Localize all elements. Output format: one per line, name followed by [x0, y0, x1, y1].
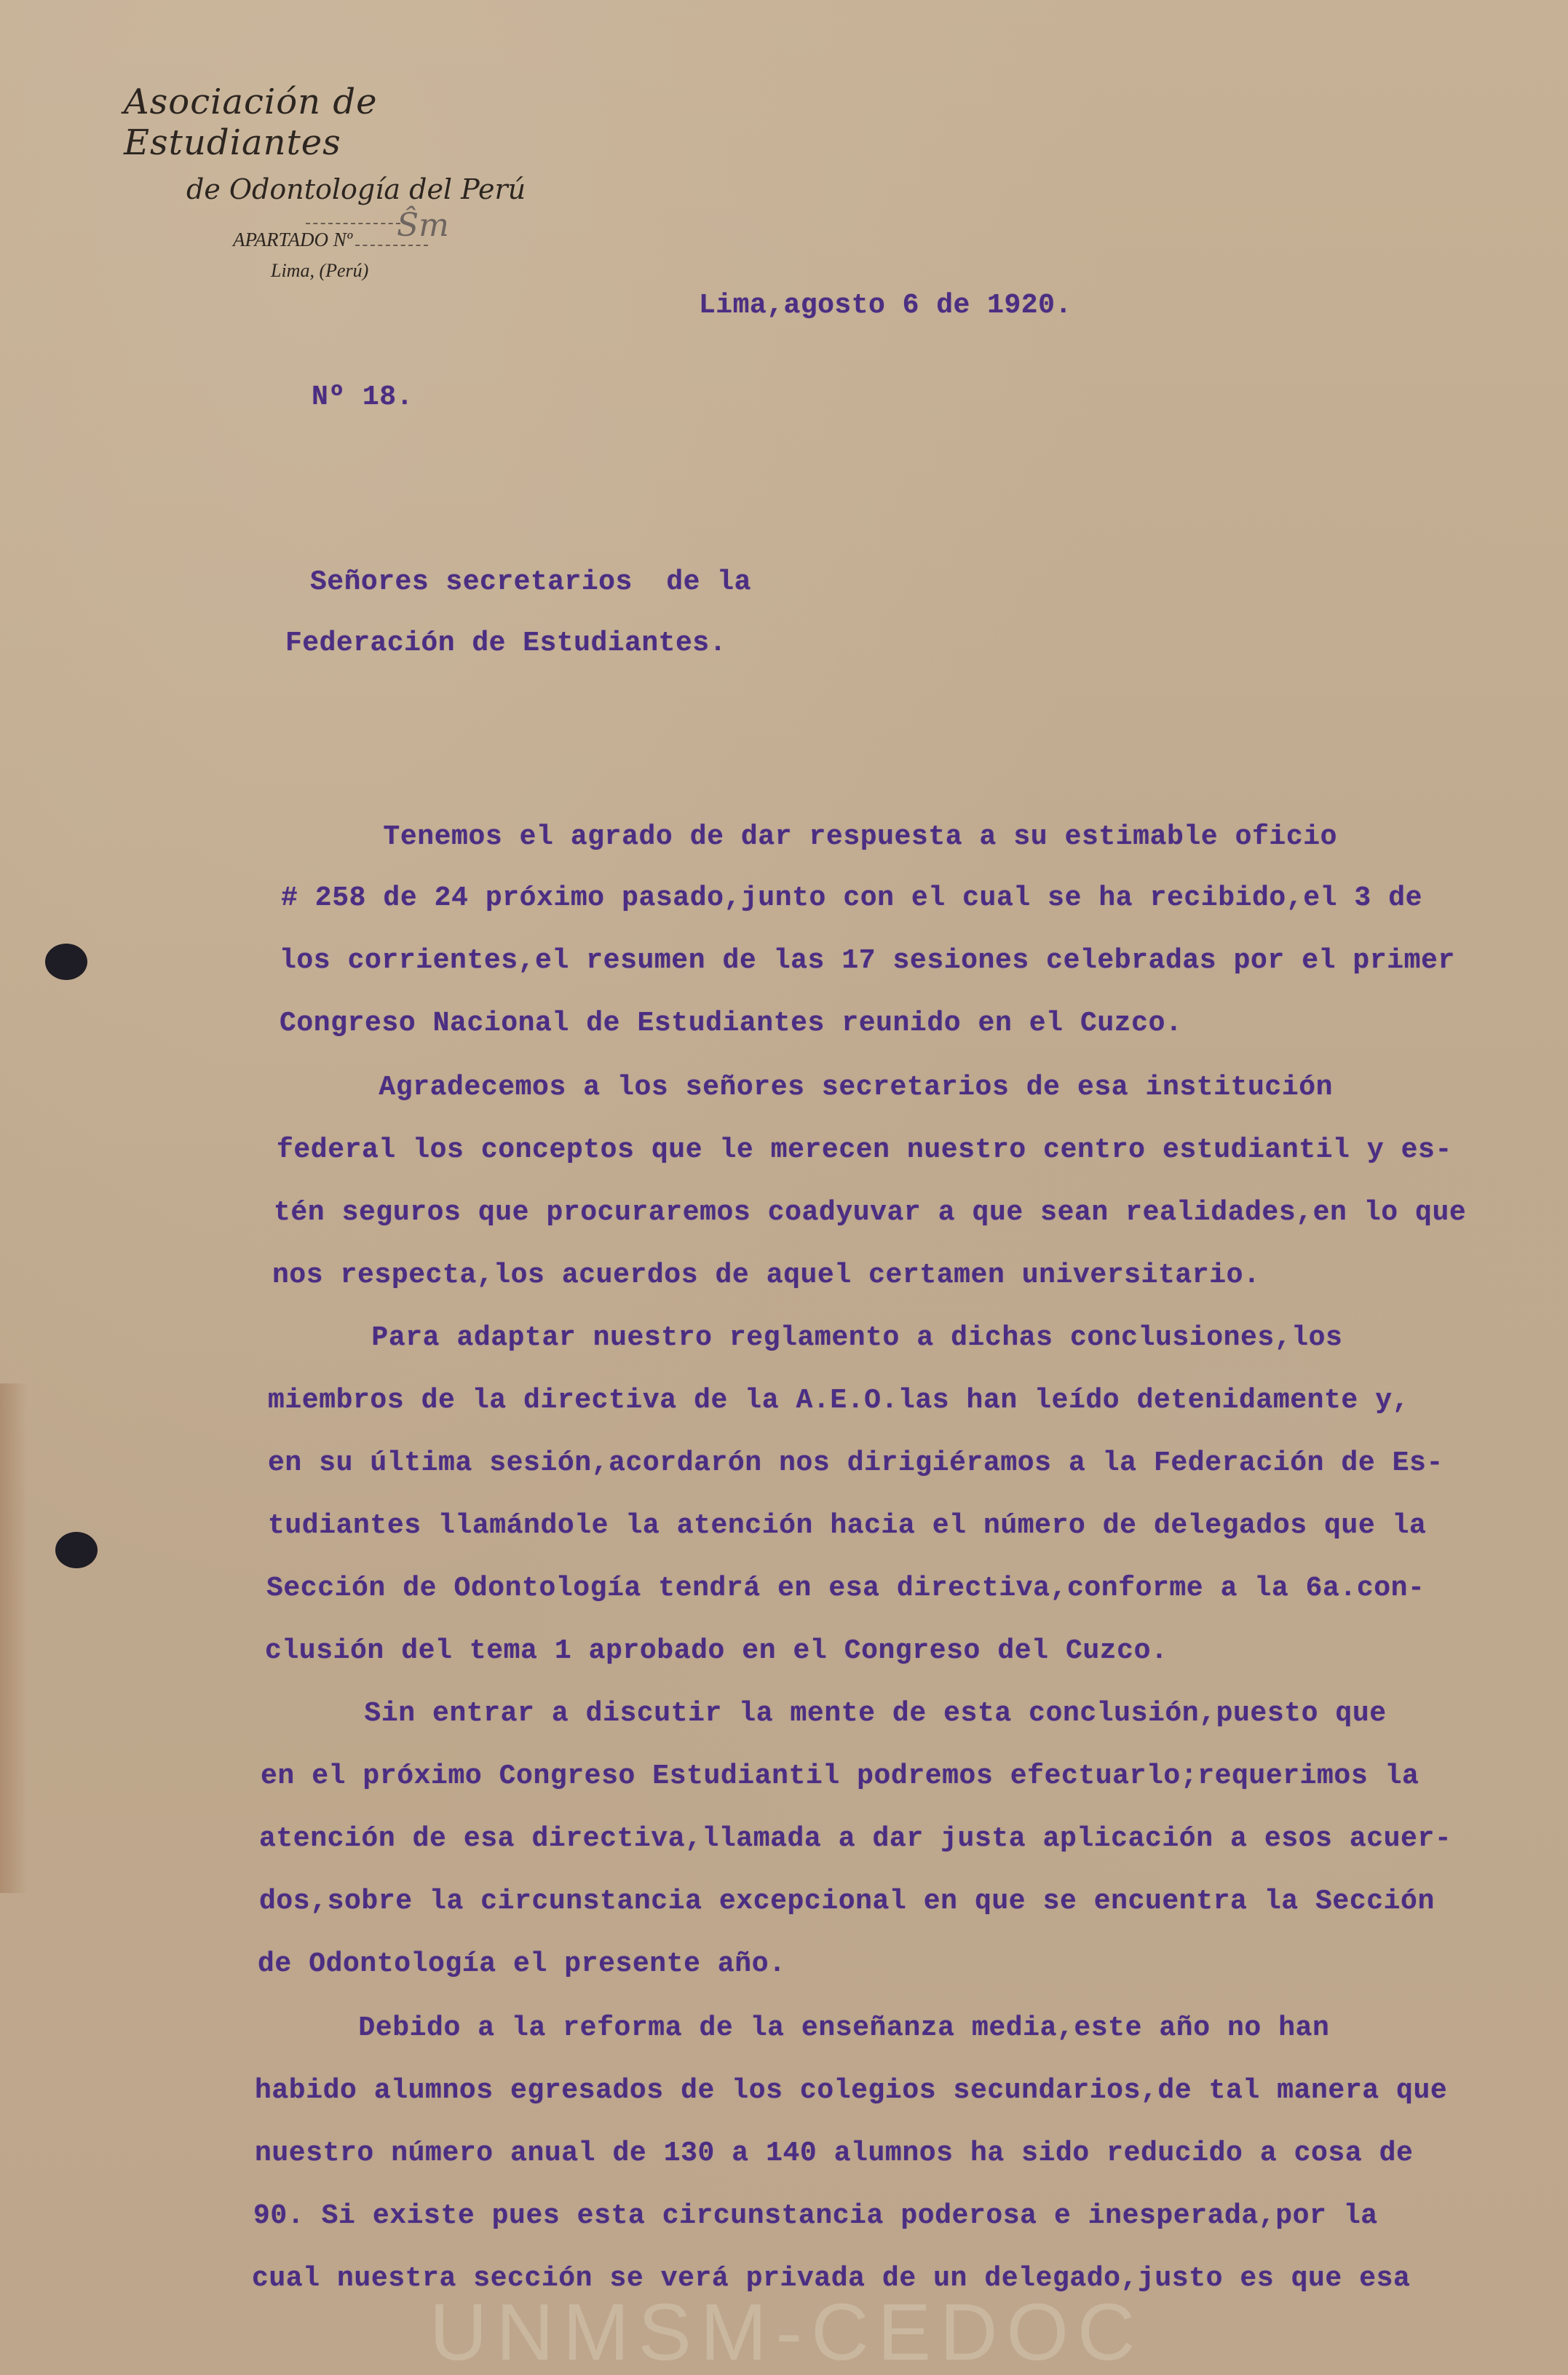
- punch-hole-top: [45, 944, 87, 980]
- body-line: Tenemos el agrado de dar respuesta a su …: [281, 821, 1337, 853]
- letter-date: Lima,agosto 6 de 1920.: [699, 290, 1072, 321]
- body-line: en su última sesión,acordarón nos dirigi…: [268, 1447, 1444, 1479]
- letter-number: Nº 18.: [312, 382, 413, 413]
- body-line: habido alumnos egresados de los colegios…: [255, 2075, 1447, 2106]
- punch-hole-bottom: [55, 1532, 98, 1568]
- body-line: Agradecemos a los señores secretarios de…: [277, 1072, 1333, 1103]
- body-line: Para adaptar nuestro reglamento a dichas…: [269, 1322, 1342, 1354]
- body-line: # 258 de 24 próximo pasado,junto con el …: [281, 882, 1422, 914]
- body-line: tén seguros que procuraremos coadyuvar a…: [274, 1197, 1466, 1228]
- body-line: clusión del tema 1 aprobado en el Congre…: [265, 1635, 1168, 1667]
- body-line: de Odontología el presente año.: [258, 1948, 786, 1980]
- letterhead-divider: [306, 223, 400, 224]
- apartado-handwritten-mark: Ŝm: [397, 207, 449, 244]
- body-line: nuestro número anual de 130 a 140 alumno…: [255, 2138, 1413, 2169]
- body-line: atención de esa directiva,llamada a dar …: [259, 1823, 1452, 1854]
- body-line: dos,sobre la circunstancia excepcional e…: [259, 1886, 1435, 1917]
- body-line: Sin entrar a discutir la mente de esta c…: [262, 1698, 1387, 1729]
- letterhead-organization: Asociación de Estudiantes: [116, 82, 582, 163]
- recipient-line-1: Señores secretarios de la: [310, 566, 751, 598]
- letterhead-subtitle: de Odontología del Perú: [116, 173, 582, 205]
- apartado-label: APARTADO Nº: [233, 229, 352, 250]
- body-line: los corrientes,el resumen de las 17 sesi…: [280, 945, 1455, 976]
- recipient-line-2: Federación de Estudiantes.: [285, 628, 726, 659]
- body-line: en el próximo Congreso Estudiantil podre…: [261, 1760, 1419, 1792]
- body-line: miembros de la directiva de la A.E.O.las…: [268, 1385, 1409, 1416]
- letterhead: Asociación de Estudiantes de Odontología…: [116, 82, 582, 282]
- letterhead-city: Lima, (Perú): [116, 260, 582, 282]
- body-line: federal los conceptos que le merecen nue…: [277, 1134, 1452, 1166]
- apartado-blank-line: [355, 245, 428, 246]
- body-line: Congreso Nacional de Estudiantes reunido…: [280, 1008, 1182, 1039]
- archive-watermark: UNMSM-CEDOC: [429, 2286, 1144, 2375]
- body-line: Sección de Odontología tendrá en esa dir…: [266, 1573, 1425, 1604]
- body-line: tudiantes llamándole la atención hacia e…: [268, 1510, 1426, 1541]
- body-line: 90. Si existe pues esta circunstancia po…: [253, 2200, 1378, 2232]
- body-line: nos respecta,los acuerdos de aquel certa…: [272, 1260, 1260, 1291]
- letterhead-apartado: APARTADO Nº Ŝm: [116, 229, 582, 251]
- paper-edge-stain: [0, 1383, 28, 1893]
- body-line: Debido a la reforma de la enseñanza medi…: [256, 2012, 1329, 2044]
